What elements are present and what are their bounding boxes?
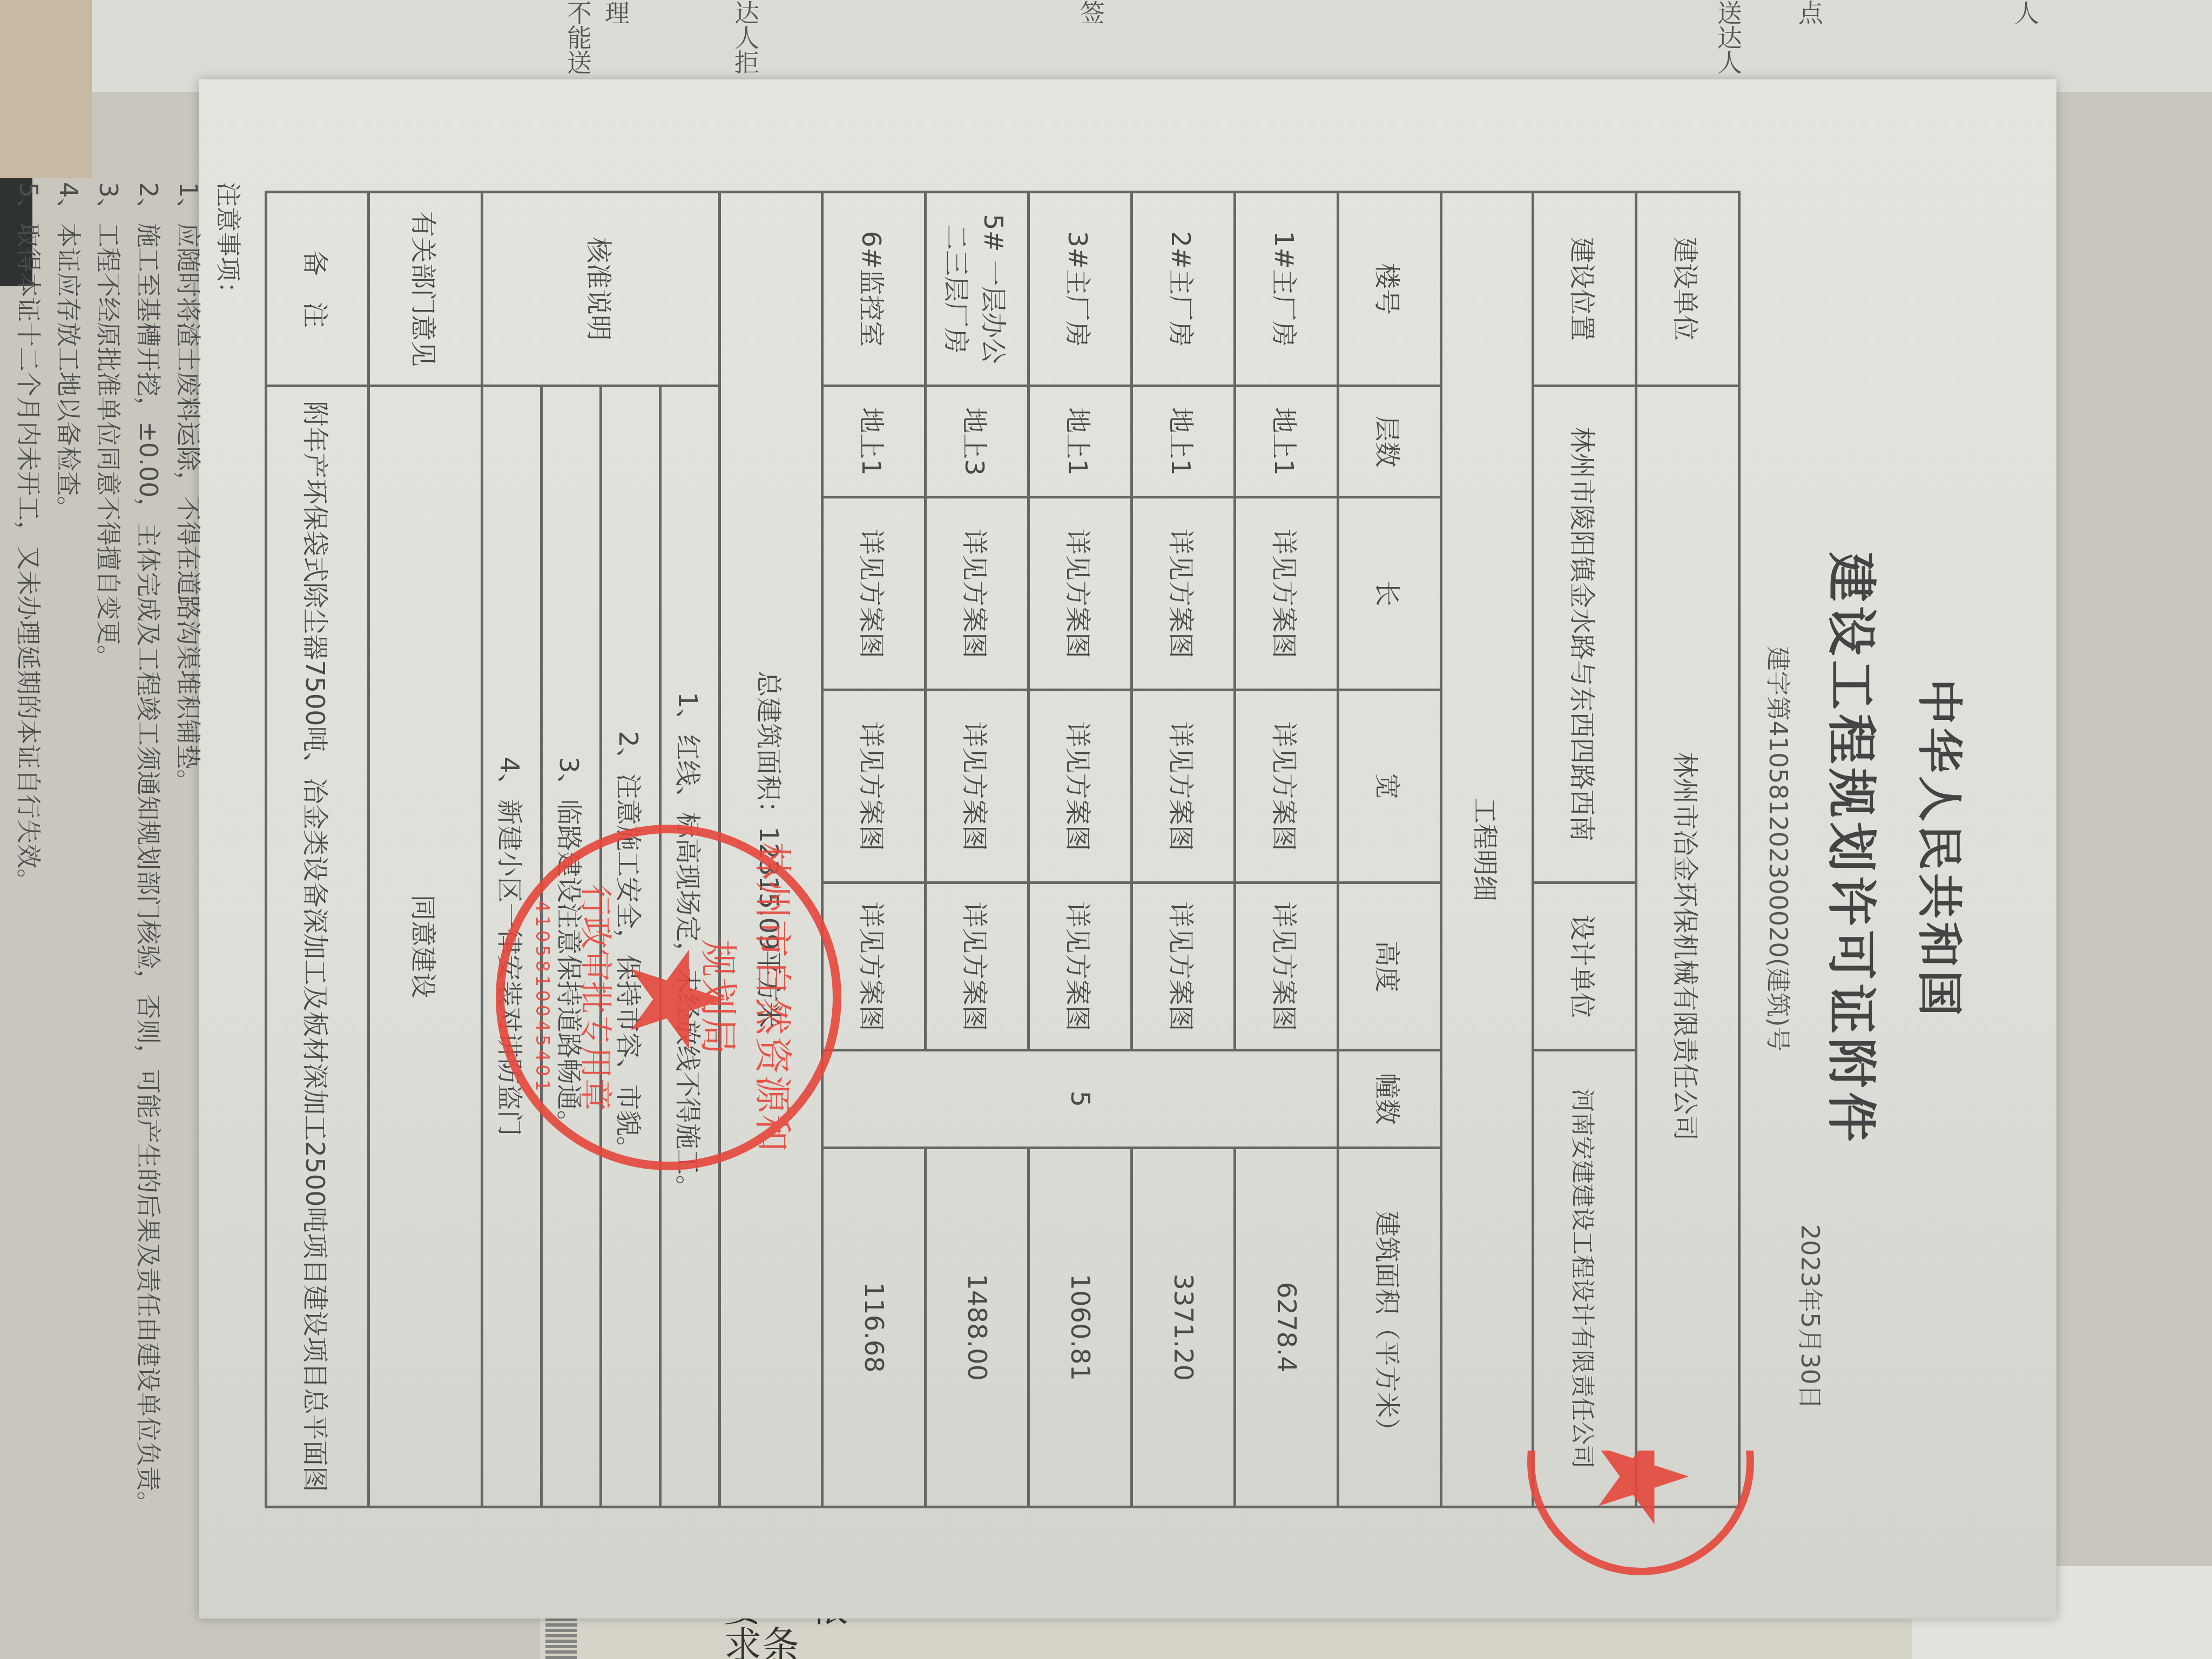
length-cell: 详见方案图 (1235, 497, 1338, 690)
table-row: 3#主厂房 地上1 详见方案图 详见方案图 详见方案图 1060.81 (1029, 192, 1132, 1507)
width-cell: 详见方案图 (1132, 690, 1235, 882)
desk-surface (0, 0, 92, 178)
issue-date: 2023年5月30日 (1794, 1224, 1830, 1410)
length-cell: 详见方案图 (1029, 497, 1132, 690)
project-details-label: 工程明细 (1441, 192, 1533, 1507)
permit-number: 建字第410581202300020(建筑)号 (1762, 160, 1798, 1537)
notice-item: 5、取得本证十二个月内未开工，又未办理延期的本证自行失效。 (9, 182, 49, 1537)
bg-text: 不能送 (562, 0, 594, 81)
area-cell: 1060.81 (1029, 1148, 1132, 1507)
notice-item: 3、工程不经原批准单位同意不得擅自变更。 (89, 182, 129, 1537)
area-cell: 3371.20 (1132, 1148, 1235, 1507)
length-cell: 详见方案图 (926, 497, 1029, 690)
bg-text: 点 (1793, 0, 1825, 81)
bg-text: 送达人 (1712, 0, 1744, 81)
department-opinion-label: 有关部门意见 (369, 192, 482, 386)
table-header-row: 楼号 层数 长 宽 高度 幢数 建筑面积（平方米） (1338, 192, 1441, 1507)
table-row: 1#主厂房 地上1 详见方案图 详见方案图 详见方案图 5 6278.4 (1235, 192, 1338, 1507)
height-cell: 详见方案图 (1029, 882, 1132, 1050)
col-header: 幢数 (1338, 1050, 1441, 1148)
table-row: 6#监控室 地上1 详见方案图 详见方案图 详见方案图 116.68 (822, 192, 926, 1507)
title-country: 中华人民共和国 (1910, 160, 1975, 1537)
seal-bottom-text: 行政审批专用章 (575, 833, 621, 1162)
width-cell: 详见方案图 (1235, 690, 1338, 882)
col-header: 层数 (1338, 386, 1441, 497)
floors-cell: 地上1 (1235, 386, 1338, 497)
length-cell: 详见方案图 (822, 497, 926, 690)
location-label: 建设位置 (1533, 192, 1636, 386)
bg-text: 签 (1075, 0, 1107, 81)
col-header: 长 (1338, 497, 1441, 690)
seal-code: 4105810045401 (531, 833, 553, 1162)
construction-unit-label: 建设单位 (1636, 192, 1739, 386)
approval-seal: 林州市自然资源和规划局 ★ 行政审批专用章 4105810045401 (496, 825, 841, 1170)
star-icon: ★ (611, 941, 741, 1057)
area-cell: 6278.4 (1235, 1148, 1338, 1507)
bg-text: 人 (2009, 0, 2041, 81)
background-sheet-top: 不能送 理 达人拒 签 送达人 点 人 (92, 0, 2212, 92)
col-header: 建筑面积（平方米） (1338, 1148, 1441, 1507)
construction-unit-value: 林州市冶金环保机械有限责任公司 (1636, 386, 1739, 1507)
floors-cell: 地上1 (822, 386, 926, 497)
width-cell: 详见方案图 (926, 690, 1029, 882)
area-cell: 1488.00 (926, 1148, 1029, 1507)
notices: 注意事项： 1、应随时将渣土废料运除，不得在道路沟渠堆积铺垫。 2、施工至基槽开… (9, 182, 248, 1537)
height-cell: 详见方案图 (926, 882, 1029, 1050)
design-unit-value: 河南安建建设工程设计有限责任公司 (1533, 1050, 1636, 1507)
height-cell: 详见方案图 (1235, 882, 1338, 1050)
approval-notes-label: 核准说明 (482, 192, 720, 386)
col-header: 高度 (1338, 882, 1441, 1050)
col-header: 宽 (1338, 690, 1441, 882)
width-cell: 详见方案图 (822, 690, 926, 882)
building-cell: 6#监控室 (822, 192, 926, 386)
bg-text: 达人拒 (729, 0, 761, 81)
width-cell: 详见方案图 (1029, 690, 1132, 882)
floors-cell: 地上1 (1132, 386, 1235, 497)
location-value: 林州市陵阳镇金水路与东西四路西南 (1533, 386, 1636, 883)
department-opinion-value: 同意建设 (369, 386, 482, 1507)
height-cell: 详见方案图 (1132, 882, 1235, 1050)
col-header: 楼号 (1338, 192, 1441, 386)
remarks-label: 备 注 (266, 192, 369, 386)
length-cell: 详见方案图 (1132, 497, 1235, 690)
design-unit-label: 设计单位 (1533, 882, 1636, 1050)
permit-form-table: 建设单位 林州市冶金环保机械有限责任公司 建设位置 林州市陵阳镇金水路与东西四路… (265, 191, 1741, 1508)
notices-title: 注意事项： (208, 182, 248, 1537)
floors-cell: 地上1 (1029, 386, 1132, 497)
permit-attachment-page: 中华人民共和国 建设工程规划许可证附件 建字第410581202300020(建… (199, 79, 2056, 1618)
building-cell: 2#主厂房 (1132, 192, 1235, 386)
building-cell: 1#主厂房 (1235, 192, 1338, 386)
title-document: 建设工程规划许可证附件 (1819, 160, 1891, 1537)
table-row: 5# 一层办公 二三层厂房 地上3 详见方案图 详见方案图 详见方案图 1488… (926, 192, 1029, 1507)
notice-item: 2、施工至基槽开挖，±0.00，主体完成及工程竣工须通知规划部门核验，否则，可能… (129, 182, 168, 1537)
building-count-cell: 5 (822, 1050, 1338, 1148)
remarks-value: 附年产环保袋式除尘器7500吨、冶金类设备深加工及板材深加工2500吨项目建设项… (266, 386, 369, 1507)
floors-cell: 地上3 (926, 386, 1029, 497)
bg-text: 理 (599, 0, 632, 81)
notice-item: 4、本证应存放工地以备检查。 (49, 182, 89, 1537)
area-cell: 116.68 (822, 1148, 926, 1507)
building-cell: 3#主厂房 (1029, 192, 1132, 386)
table-row: 2#主厂房 地上1 详见方案图 详见方案图 详见方案图 3371.20 (1132, 192, 1235, 1507)
notice-item: 1、应随时将渣土废料运除，不得在道路沟渠堆积铺垫。 (168, 182, 208, 1537)
building-cell: 5# 一层办公 二三层厂房 (926, 192, 1029, 386)
